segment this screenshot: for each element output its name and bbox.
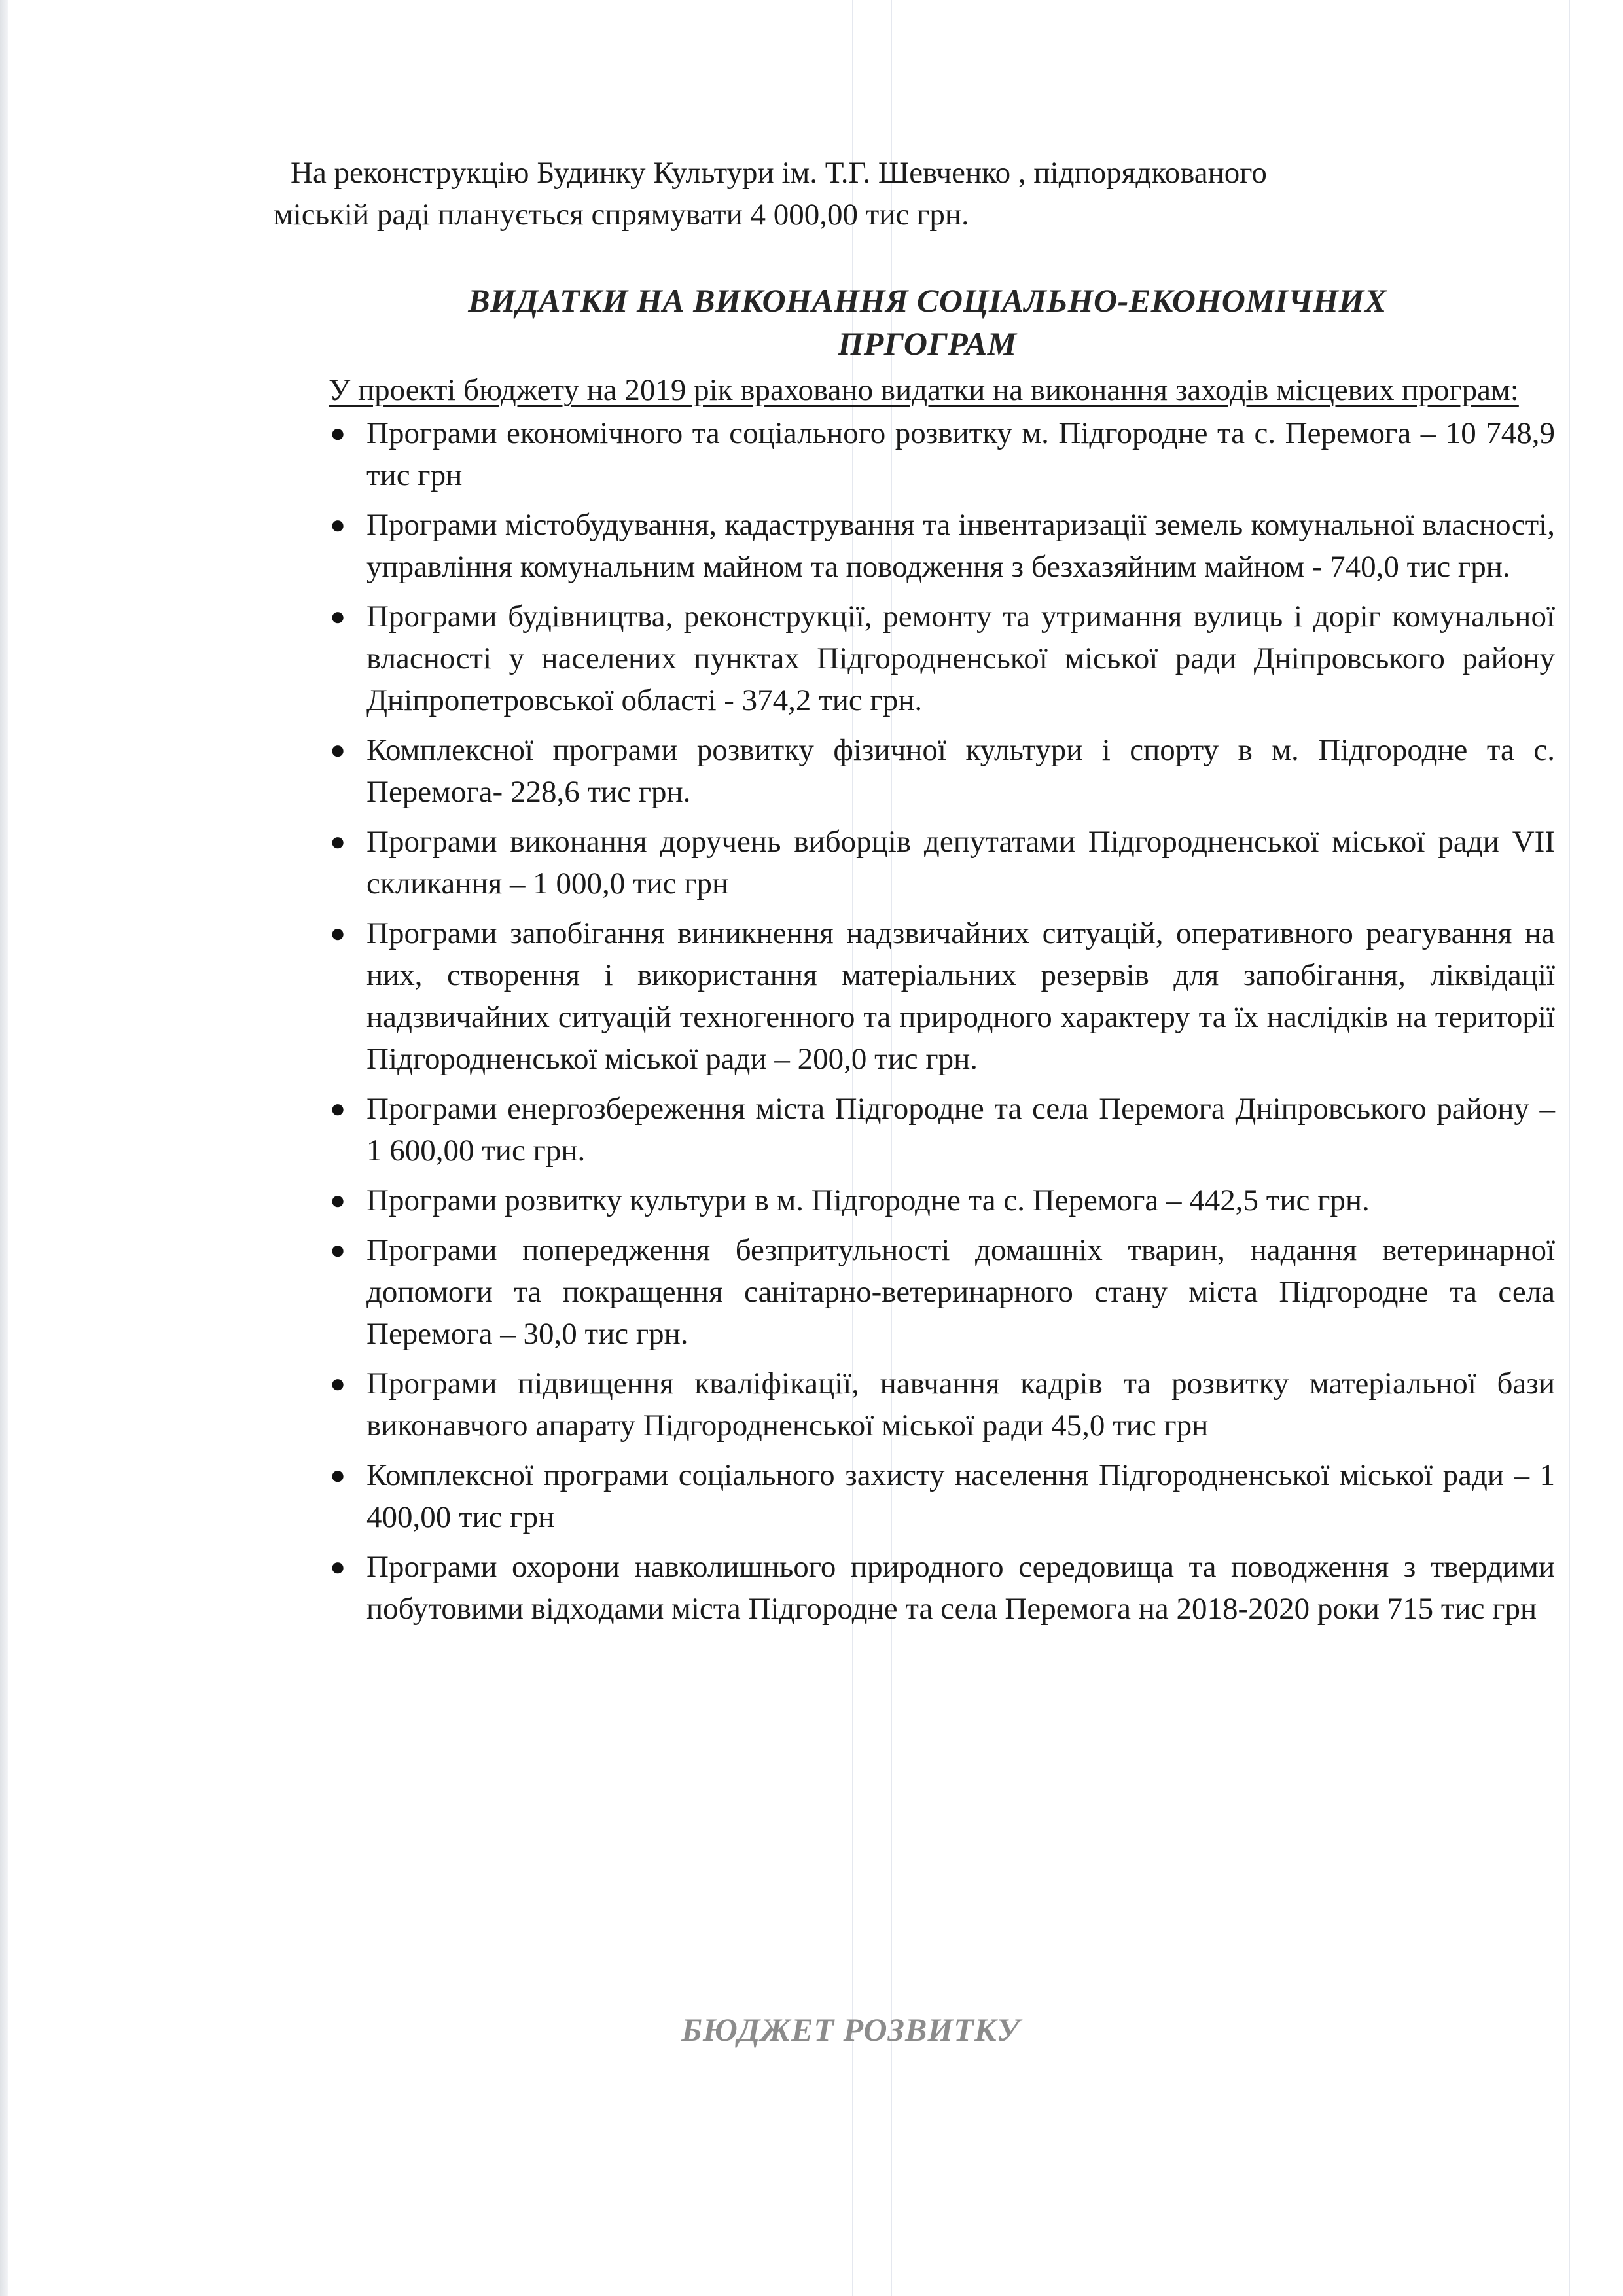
- scan-artifact-line: [1569, 0, 1570, 2296]
- list-item: ●Програми підвищення кваліфікації, навча…: [274, 1363, 1555, 1446]
- list-item: ●Програми будівництва, реконструкції, ре…: [274, 596, 1555, 721]
- list-item: ●Програми охорони навколишнього природно…: [274, 1546, 1555, 1630]
- list-item: ●Програми запобігання виникнення надзвич…: [274, 912, 1555, 1080]
- program-text: Програми запобігання виникнення надзвича…: [366, 916, 1555, 1076]
- program-text: Комплексної програми розвитку фізичної к…: [366, 733, 1555, 809]
- scan-edge: [0, 0, 8, 2296]
- program-text: Програми підвищення кваліфікації, навчан…: [366, 1367, 1555, 1443]
- list-item: ●Програми енергозбереження міста Підгоро…: [274, 1088, 1555, 1172]
- bullet-icon: ●: [330, 1088, 346, 1130]
- list-item: ●Програми економічного та соціального ро…: [274, 412, 1555, 496]
- footer-heading: БЮДЖЕТ РОЗВИТКУ: [0, 2011, 1623, 2049]
- top-paragraph-line-1: На реконструкцію Будинку Культури ім. Т.…: [274, 152, 1555, 194]
- bullet-icon: ●: [330, 1363, 346, 1405]
- bullet-icon: ●: [330, 412, 346, 454]
- section-heading-line-1: ВИДАТКИ НА ВИКОНАННЯ СОЦІАЛЬНО-ЕКОНОМІЧН…: [339, 279, 1516, 322]
- bullet-icon: ●: [330, 821, 346, 863]
- list-item: ●Програми попередження безпритульності д…: [274, 1229, 1555, 1355]
- document-page: На реконструкцію Будинку Культури ім. Т.…: [274, 152, 1555, 1638]
- programs-list: ●Програми економічного та соціального ро…: [274, 412, 1555, 1630]
- section-heading: ВИДАТКИ НА ВИКОНАННЯ СОЦІАЛЬНО-ЕКОНОМІЧН…: [274, 279, 1555, 365]
- program-text: Програми енергозбереження міста Підгород…: [366, 1092, 1555, 1168]
- intro-paragraph: У проекті бюджету на 2019 рік враховано …: [274, 370, 1555, 410]
- list-item: ●Комплексної програми розвитку фізичної …: [274, 729, 1555, 813]
- program-text: Програми містобудування, кадастрування т…: [366, 508, 1555, 584]
- bullet-icon: ●: [330, 1546, 346, 1588]
- bullet-icon: ●: [330, 1454, 346, 1496]
- top-paragraph-line-2: міській раді планується спрямувати 4 000…: [274, 194, 1555, 236]
- bullet-icon: ●: [330, 729, 346, 771]
- bullet-icon: ●: [330, 596, 346, 637]
- bullet-icon: ●: [330, 1229, 346, 1271]
- list-item: ●Програми розвитку культури в м. Підгоро…: [274, 1179, 1555, 1221]
- program-text: Комплексної програми соціального захисту…: [366, 1458, 1555, 1534]
- program-text: Програми попередження безпритульності до…: [366, 1233, 1555, 1351]
- list-item: ●Комплексної програми соціального захист…: [274, 1454, 1555, 1538]
- bullet-icon: ●: [330, 1179, 346, 1221]
- program-text: Програми охорони навколишнього природног…: [366, 1550, 1555, 1626]
- section-heading-line-2: ПРГОГРАМ: [339, 322, 1516, 365]
- program-text: Програми розвитку культури в м. Підгород…: [366, 1183, 1370, 1217]
- bullet-icon: ●: [330, 504, 346, 546]
- list-item: ●Програми містобудування, кадастрування …: [274, 504, 1555, 588]
- bullet-icon: ●: [330, 912, 346, 954]
- list-item: ●Програми виконання доручень виборців де…: [274, 821, 1555, 905]
- program-text: Програми виконання доручень виборців деп…: [366, 825, 1555, 901]
- top-paragraph: На реконструкцію Будинку Культури ім. Т.…: [274, 152, 1555, 236]
- program-text: Програми будівництва, реконструкції, рем…: [366, 600, 1555, 717]
- program-text: Програми економічного та соціального роз…: [366, 416, 1555, 492]
